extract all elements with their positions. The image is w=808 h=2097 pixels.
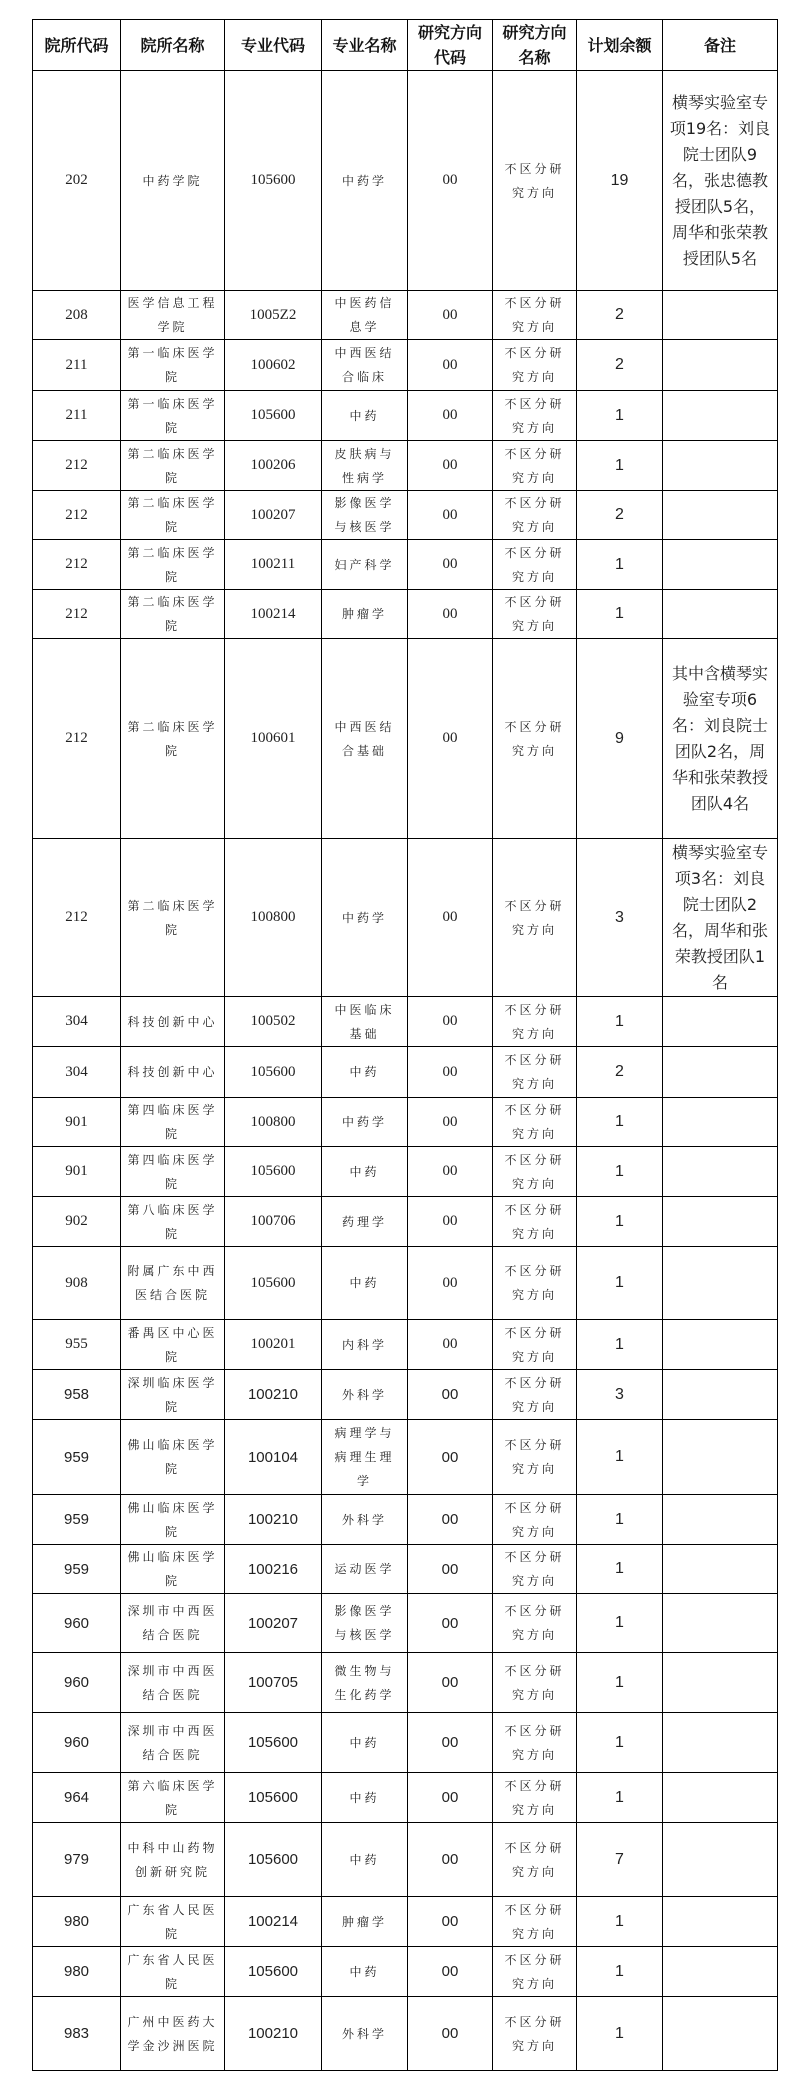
major-code-cell: 105600 (225, 71, 322, 291)
inst-code-cell: 958 (33, 1370, 121, 1420)
quota-cell: 1 (577, 1653, 663, 1713)
quota-cell: 1 (577, 1420, 663, 1495)
direction-name-cell: 不区分研究方向 (493, 1495, 577, 1545)
table-row: 980广东省人民医院100214肿瘤学00不区分研究方向1 (33, 1897, 778, 1947)
quota-cell: 1 (577, 391, 663, 441)
inst-name-cell: 广东省人民医院 (121, 1947, 225, 1997)
direction-name-cell: 不区分研究方向 (493, 1147, 577, 1197)
table-row: 304科技创新中心105600中药00不区分研究方向2 (33, 1047, 778, 1098)
direction-name-cell: 不区分研究方向 (493, 1420, 577, 1495)
inst-code-cell: 212 (33, 491, 121, 540)
note-cell: 横琴实验室专项19名：刘良院士团队9名，张忠德教授团队5名，周华和张荣教授团队5… (663, 71, 778, 291)
direction-code-cell: 00 (408, 1653, 493, 1713)
table-row: 211第一临床医学院105600中药00不区分研究方向1 (33, 391, 778, 441)
direction-code-cell: 00 (408, 1098, 493, 1147)
quota-cell: 3 (577, 1370, 663, 1420)
admissions-quota-table: 院所代码 院所名称 专业代码 专业名称 研究方向代码 研究方向名称 计划余额 备… (32, 19, 778, 2071)
direction-code-cell: 00 (408, 1047, 493, 1098)
inst-code-cell: 202 (33, 71, 121, 291)
direction-code-cell: 00 (408, 1320, 493, 1370)
note-cell (663, 340, 778, 391)
direction-name-cell: 不区分研究方向 (493, 340, 577, 391)
quota-cell: 1 (577, 1997, 663, 2071)
major-code-cell: 1005Z2 (225, 291, 322, 340)
table-row: 212第二临床医学院100206皮肤病与性病学00不区分研究方向1 (33, 441, 778, 491)
direction-code-cell: 00 (408, 1495, 493, 1545)
table-row: 964第六临床医学院105600中药00不区分研究方向1 (33, 1773, 778, 1823)
quota-cell: 1 (577, 1495, 663, 1545)
quota-cell: 1 (577, 1594, 663, 1653)
quota-cell: 1 (577, 1247, 663, 1320)
inst-code-cell: 960 (33, 1594, 121, 1653)
header-major-code: 专业代码 (225, 20, 322, 71)
quota-cell: 2 (577, 491, 663, 540)
major-name-cell: 影像医学与核医学 (322, 1594, 408, 1653)
direction-name-cell: 不区分研究方向 (493, 997, 577, 1047)
inst-name-cell: 深圳市中西医结合医院 (121, 1594, 225, 1653)
table-row: 959佛山临床医学院100210外科学00不区分研究方向1 (33, 1495, 778, 1545)
table-row: 212第二临床医学院100211妇产科学00不区分研究方向1 (33, 540, 778, 590)
note-cell (663, 1320, 778, 1370)
major-code-cell: 100210 (225, 1997, 322, 2071)
header-direction-code: 研究方向代码 (408, 20, 493, 71)
quota-cell: 1 (577, 997, 663, 1047)
major-name-cell: 中西医结合临床 (322, 340, 408, 391)
table-row: 212第二临床医学院100207影像医学与核医学00不区分研究方向2 (33, 491, 778, 540)
inst-name-cell: 医学信息工程学院 (121, 291, 225, 340)
direction-name-cell: 不区分研究方向 (493, 590, 577, 639)
inst-code-cell: 983 (33, 1997, 121, 2071)
inst-code-cell: 964 (33, 1773, 121, 1823)
table-row: 980广东省人民医院105600中药00不区分研究方向1 (33, 1947, 778, 1997)
major-code-cell: 100206 (225, 441, 322, 491)
major-code-cell: 100800 (225, 1098, 322, 1147)
note-cell (663, 1247, 778, 1320)
inst-name-cell: 第二临床医学院 (121, 839, 225, 997)
table-row: 959佛山临床医学院100216运动医学00不区分研究方向1 (33, 1545, 778, 1594)
table-row: 908附属广东中西医结合医院105600中药00不区分研究方向1 (33, 1247, 778, 1320)
major-name-cell: 药理学 (322, 1197, 408, 1247)
direction-name-cell: 不区分研究方向 (493, 1594, 577, 1653)
major-name-cell: 中药 (322, 391, 408, 441)
inst-name-cell: 科技创新中心 (121, 997, 225, 1047)
inst-name-cell: 第六临床医学院 (121, 1773, 225, 1823)
major-code-cell: 105600 (225, 391, 322, 441)
inst-code-cell: 212 (33, 639, 121, 839)
inst-name-cell: 第二临床医学院 (121, 441, 225, 491)
major-code-cell: 105600 (225, 1823, 322, 1897)
direction-code-cell: 00 (408, 1773, 493, 1823)
direction-name-cell: 不区分研究方向 (493, 839, 577, 997)
inst-name-cell: 第二临床医学院 (121, 590, 225, 639)
direction-name-cell: 不区分研究方向 (493, 1897, 577, 1947)
major-name-cell: 中药学 (322, 1098, 408, 1147)
major-name-cell: 肿瘤学 (322, 590, 408, 639)
table-row: 901第四临床医学院100800中药学00不区分研究方向1 (33, 1098, 778, 1147)
inst-name-cell: 第一临床医学院 (121, 340, 225, 391)
inst-name-cell: 第二临床医学院 (121, 639, 225, 839)
inst-name-cell: 广东省人民医院 (121, 1897, 225, 1947)
quota-cell: 2 (577, 340, 663, 391)
quota-cell: 2 (577, 291, 663, 340)
major-name-cell: 微生物与生化药学 (322, 1653, 408, 1713)
table-row: 202中药学院105600中药学00不区分研究方向19横琴实验室专项19名：刘良… (33, 71, 778, 291)
direction-name-cell: 不区分研究方向 (493, 1370, 577, 1420)
direction-name-cell: 不区分研究方向 (493, 441, 577, 491)
direction-name-cell: 不区分研究方向 (493, 291, 577, 340)
major-code-cell: 105600 (225, 1247, 322, 1320)
direction-name-cell: 不区分研究方向 (493, 1320, 577, 1370)
major-code-cell: 100210 (225, 1495, 322, 1545)
quota-cell: 1 (577, 1947, 663, 1997)
major-code-cell: 100602 (225, 340, 322, 391)
note-cell (663, 1197, 778, 1247)
major-name-cell: 外科学 (322, 1997, 408, 2071)
note-cell (663, 1495, 778, 1545)
note-cell (663, 1897, 778, 1947)
note-cell: 横琴实验室专项3名：刘良院士团队2名，周华和张荣教授团队1名 (663, 839, 778, 997)
direction-name-cell: 不区分研究方向 (493, 1653, 577, 1713)
direction-name-cell: 不区分研究方向 (493, 391, 577, 441)
direction-name-cell: 不区分研究方向 (493, 540, 577, 590)
inst-name-cell: 佛山临床医学院 (121, 1545, 225, 1594)
note-cell (663, 1713, 778, 1773)
major-code-cell: 105600 (225, 1947, 322, 1997)
direction-code-cell: 00 (408, 1594, 493, 1653)
major-name-cell: 中药 (322, 1823, 408, 1897)
direction-code-cell: 00 (408, 1370, 493, 1420)
note-cell (663, 1947, 778, 1997)
note-cell (663, 997, 778, 1047)
header-direction-name: 研究方向名称 (493, 20, 577, 71)
major-code-cell: 105600 (225, 1047, 322, 1098)
inst-name-cell: 第二临床医学院 (121, 491, 225, 540)
direction-code-cell: 00 (408, 1247, 493, 1320)
inst-name-cell: 第八临床医学院 (121, 1197, 225, 1247)
inst-code-cell: 960 (33, 1653, 121, 1713)
inst-name-cell: 第四临床医学院 (121, 1147, 225, 1197)
table-row: 208医学信息工程学院1005Z2中医药信息学00不区分研究方向2 (33, 291, 778, 340)
major-code-cell: 105600 (225, 1773, 322, 1823)
direction-code-cell: 00 (408, 839, 493, 997)
quota-cell: 1 (577, 1897, 663, 1947)
inst-code-cell: 901 (33, 1098, 121, 1147)
major-code-cell: 100502 (225, 997, 322, 1047)
direction-code-cell: 00 (408, 1420, 493, 1495)
note-cell (663, 291, 778, 340)
major-name-cell: 外科学 (322, 1370, 408, 1420)
direction-code-cell: 00 (408, 1997, 493, 2071)
inst-code-cell: 960 (33, 1713, 121, 1773)
direction-code-cell: 00 (408, 340, 493, 391)
inst-code-cell: 959 (33, 1495, 121, 1545)
inst-code-cell: 908 (33, 1247, 121, 1320)
direction-name-cell: 不区分研究方向 (493, 1247, 577, 1320)
major-code-cell: 100207 (225, 491, 322, 540)
direction-name-cell: 不区分研究方向 (493, 71, 577, 291)
inst-name-cell: 深圳市中西医结合医院 (121, 1653, 225, 1713)
quota-cell: 1 (577, 590, 663, 639)
major-code-cell: 100201 (225, 1320, 322, 1370)
major-code-cell: 100210 (225, 1370, 322, 1420)
table-row: 212第二临床医学院100214肿瘤学00不区分研究方向1 (33, 590, 778, 639)
note-cell (663, 1420, 778, 1495)
major-code-cell: 105600 (225, 1147, 322, 1197)
major-name-cell: 中药 (322, 1247, 408, 1320)
quota-cell: 9 (577, 639, 663, 839)
direction-name-cell: 不区分研究方向 (493, 639, 577, 839)
direction-name-cell: 不区分研究方向 (493, 1773, 577, 1823)
major-code-cell: 100800 (225, 839, 322, 997)
table-row: 979中科中山药物创新研究院105600中药00不区分研究方向7 (33, 1823, 778, 1897)
note-cell (663, 1653, 778, 1713)
note-cell (663, 1594, 778, 1653)
direction-name-cell: 不区分研究方向 (493, 1047, 577, 1098)
inst-name-cell: 深圳市中西医结合医院 (121, 1713, 225, 1773)
quota-cell: 1 (577, 1320, 663, 1370)
inst-name-cell: 第四临床医学院 (121, 1098, 225, 1147)
direction-code-cell: 00 (408, 1197, 493, 1247)
direction-name-cell: 不区分研究方向 (493, 1947, 577, 1997)
quota-cell: 1 (577, 1545, 663, 1594)
direction-name-cell: 不区分研究方向 (493, 1197, 577, 1247)
major-code-cell: 100705 (225, 1653, 322, 1713)
table-row: 959佛山临床医学院100104病理学与病理生理学00不区分研究方向1 (33, 1420, 778, 1495)
quota-cell: 19 (577, 71, 663, 291)
major-name-cell: 中药学 (322, 71, 408, 291)
direction-code-cell: 00 (408, 441, 493, 491)
direction-code-cell: 00 (408, 1147, 493, 1197)
inst-code-cell: 304 (33, 1047, 121, 1098)
quota-cell: 3 (577, 839, 663, 997)
major-code-cell: 100104 (225, 1420, 322, 1495)
inst-code-cell: 212 (33, 441, 121, 491)
header-quota: 计划余额 (577, 20, 663, 71)
note-cell (663, 441, 778, 491)
inst-name-cell: 第二临床医学院 (121, 540, 225, 590)
note-cell (663, 1997, 778, 2071)
inst-code-cell: 212 (33, 839, 121, 997)
inst-code-cell: 959 (33, 1545, 121, 1594)
inst-code-cell: 959 (33, 1420, 121, 1495)
direction-code-cell: 00 (408, 997, 493, 1047)
inst-code-cell: 211 (33, 340, 121, 391)
quota-cell: 1 (577, 1773, 663, 1823)
inst-name-cell: 佛山临床医学院 (121, 1495, 225, 1545)
quota-cell: 1 (577, 441, 663, 491)
major-name-cell: 肿瘤学 (322, 1897, 408, 1947)
major-name-cell: 中药 (322, 1773, 408, 1823)
table-row: 304科技创新中心100502中医临床基础00不区分研究方向1 (33, 997, 778, 1047)
major-name-cell: 外科学 (322, 1495, 408, 1545)
inst-code-cell: 979 (33, 1823, 121, 1897)
inst-code-cell: 208 (33, 291, 121, 340)
direction-name-cell: 不区分研究方向 (493, 1997, 577, 2071)
header-major-name: 专业名称 (322, 20, 408, 71)
direction-code-cell: 00 (408, 1823, 493, 1897)
direction-name-cell: 不区分研究方向 (493, 491, 577, 540)
major-name-cell: 中药 (322, 1947, 408, 1997)
major-name-cell: 中药 (322, 1147, 408, 1197)
header-inst-code: 院所代码 (33, 20, 121, 71)
major-code-cell: 100706 (225, 1197, 322, 1247)
major-name-cell: 妇产科学 (322, 540, 408, 590)
note-cell (663, 1773, 778, 1823)
direction-code-cell: 00 (408, 639, 493, 839)
major-name-cell: 中药 (322, 1047, 408, 1098)
inst-name-cell: 中药学院 (121, 71, 225, 291)
direction-name-cell: 不区分研究方向 (493, 1545, 577, 1594)
note-cell (663, 590, 778, 639)
table-row: 902第八临床医学院100706药理学00不区分研究方向1 (33, 1197, 778, 1247)
inst-code-cell: 901 (33, 1147, 121, 1197)
major-name-cell: 中药 (322, 1713, 408, 1773)
major-name-cell: 内科学 (322, 1320, 408, 1370)
direction-code-cell: 00 (408, 590, 493, 639)
table-row: 983广州中医药大学金沙洲医院100210外科学00不区分研究方向1 (33, 1997, 778, 2071)
table-row: 212第二临床医学院100800中药学00不区分研究方向3横琴实验室专项3名：刘… (33, 839, 778, 997)
note-cell (663, 540, 778, 590)
major-name-cell: 皮肤病与性病学 (322, 441, 408, 491)
quota-cell: 1 (577, 1147, 663, 1197)
quota-cell: 1 (577, 1197, 663, 1247)
note-cell (663, 1047, 778, 1098)
direction-code-cell: 00 (408, 71, 493, 291)
inst-code-cell: 980 (33, 1947, 121, 1997)
inst-name-cell: 科技创新中心 (121, 1047, 225, 1098)
direction-code-cell: 00 (408, 540, 493, 590)
inst-code-cell: 980 (33, 1897, 121, 1947)
table-row: 960深圳市中西医结合医院105600中药00不区分研究方向1 (33, 1713, 778, 1773)
quota-cell: 7 (577, 1823, 663, 1897)
direction-code-cell: 00 (408, 1713, 493, 1773)
major-code-cell: 100207 (225, 1594, 322, 1653)
table-row: 211第一临床医学院100602中西医结合临床00不区分研究方向2 (33, 340, 778, 391)
quota-cell: 1 (577, 540, 663, 590)
major-name-cell: 中医临床基础 (322, 997, 408, 1047)
note-cell (663, 1147, 778, 1197)
major-name-cell: 中医药信息学 (322, 291, 408, 340)
major-name-cell: 中药学 (322, 839, 408, 997)
inst-code-cell: 955 (33, 1320, 121, 1370)
inst-name-cell: 广州中医药大学金沙洲医院 (121, 1997, 225, 2071)
note-cell (663, 1370, 778, 1420)
quota-cell: 2 (577, 1047, 663, 1098)
note-cell (663, 391, 778, 441)
major-code-cell: 100214 (225, 590, 322, 639)
major-name-cell: 影像医学与核医学 (322, 491, 408, 540)
direction-code-cell: 00 (408, 491, 493, 540)
table-row: 958深圳临床医学院100210外科学00不区分研究方向3 (33, 1370, 778, 1420)
inst-name-cell: 附属广东中西医结合医院 (121, 1247, 225, 1320)
inst-code-cell: 212 (33, 590, 121, 639)
major-code-cell: 100216 (225, 1545, 322, 1594)
major-code-cell: 100211 (225, 540, 322, 590)
table-row: 212第二临床医学院100601中西医结合基础00不区分研究方向9其中含横琴实验… (33, 639, 778, 839)
table-row: 960深圳市中西医结合医院100705微生物与生化药学00不区分研究方向1 (33, 1653, 778, 1713)
header-note: 备注 (663, 20, 778, 71)
major-code-cell: 100601 (225, 639, 322, 839)
major-name-cell: 病理学与病理生理学 (322, 1420, 408, 1495)
header-inst-name: 院所名称 (121, 20, 225, 71)
note-cell: 其中含横琴实验室专项6名：刘良院士团队2名，周华和张荣教授团队4名 (663, 639, 778, 839)
direction-name-cell: 不区分研究方向 (493, 1098, 577, 1147)
inst-code-cell: 902 (33, 1197, 121, 1247)
inst-code-cell: 212 (33, 540, 121, 590)
inst-name-cell: 第一临床医学院 (121, 391, 225, 441)
direction-name-cell: 不区分研究方向 (493, 1823, 577, 1897)
inst-name-cell: 中科中山药物创新研究院 (121, 1823, 225, 1897)
direction-code-cell: 00 (408, 1545, 493, 1594)
inst-code-cell: 211 (33, 391, 121, 441)
note-cell (663, 1098, 778, 1147)
direction-code-cell: 00 (408, 391, 493, 441)
major-name-cell: 中西医结合基础 (322, 639, 408, 839)
major-code-cell: 105600 (225, 1713, 322, 1773)
major-name-cell: 运动医学 (322, 1545, 408, 1594)
note-cell (663, 1823, 778, 1897)
major-code-cell: 100214 (225, 1897, 322, 1947)
note-cell (663, 1545, 778, 1594)
direction-code-cell: 00 (408, 291, 493, 340)
inst-name-cell: 深圳临床医学院 (121, 1370, 225, 1420)
inst-code-cell: 304 (33, 997, 121, 1047)
inst-name-cell: 番禺区中心医院 (121, 1320, 225, 1370)
direction-name-cell: 不区分研究方向 (493, 1713, 577, 1773)
direction-code-cell: 00 (408, 1897, 493, 1947)
quota-cell: 1 (577, 1098, 663, 1147)
inst-name-cell: 佛山临床医学院 (121, 1420, 225, 1495)
note-cell (663, 491, 778, 540)
table-row: 901第四临床医学院105600中药00不区分研究方向1 (33, 1147, 778, 1197)
header-row: 院所代码 院所名称 专业代码 专业名称 研究方向代码 研究方向名称 计划余额 备… (33, 20, 778, 71)
table-row: 955番禺区中心医院100201内科学00不区分研究方向1 (33, 1320, 778, 1370)
direction-code-cell: 00 (408, 1947, 493, 1997)
table-row: 960深圳市中西医结合医院100207影像医学与核医学00不区分研究方向1 (33, 1594, 778, 1653)
quota-cell: 1 (577, 1713, 663, 1773)
table-body: 202中药学院105600中药学00不区分研究方向19横琴实验室专项19名：刘良… (33, 71, 778, 2071)
